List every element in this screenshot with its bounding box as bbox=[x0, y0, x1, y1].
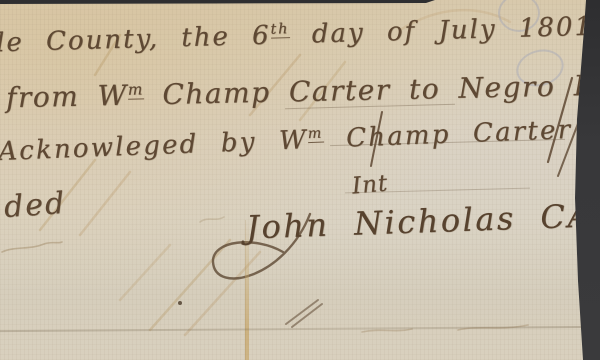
day-ordinal-superscript: th bbox=[270, 21, 289, 39]
margin-fragment: ded bbox=[3, 186, 67, 225]
parties-line-pre: from W bbox=[6, 79, 129, 115]
acknowledgment-line-pre: Acknowleged by W bbox=[0, 125, 309, 167]
acknowledgment-line-post: Champ Carter party bbox=[323, 111, 600, 154]
ink-dot bbox=[178, 301, 182, 305]
paper-sheet: le County, the 6th day of July 1801 from… bbox=[0, 0, 600, 360]
horizontal-fold-crease bbox=[0, 326, 600, 332]
acknowledgment-line: Acknowleged by Wm Champ Carter party bbox=[0, 111, 600, 167]
scan-background: le County, the 6th day of July 1801 from… bbox=[0, 0, 600, 360]
parties-line: from Wm Champ Carter to Negro Frankey bbox=[6, 67, 600, 115]
wm-superscript: m bbox=[128, 80, 145, 99]
parties-line-post: Champ Carter to Negro Frankey bbox=[144, 67, 600, 112]
bleedthrough-squiggle-left bbox=[2, 242, 62, 252]
clerk-signature: John Nicholas CAC bbox=[245, 195, 600, 246]
day-number: 6 bbox=[252, 21, 271, 52]
wm-superscript: m bbox=[307, 126, 323, 144]
faint-pencil-mark bbox=[200, 217, 224, 222]
attestation-word: Int bbox=[351, 170, 389, 199]
bottom-pen-strokes bbox=[286, 300, 322, 327]
date-line-post: day of July 1801 bbox=[289, 12, 593, 50]
date-line-pre: le County, the bbox=[0, 21, 252, 58]
date-line: le County, the 6th day of July 1801 bbox=[0, 12, 593, 59]
